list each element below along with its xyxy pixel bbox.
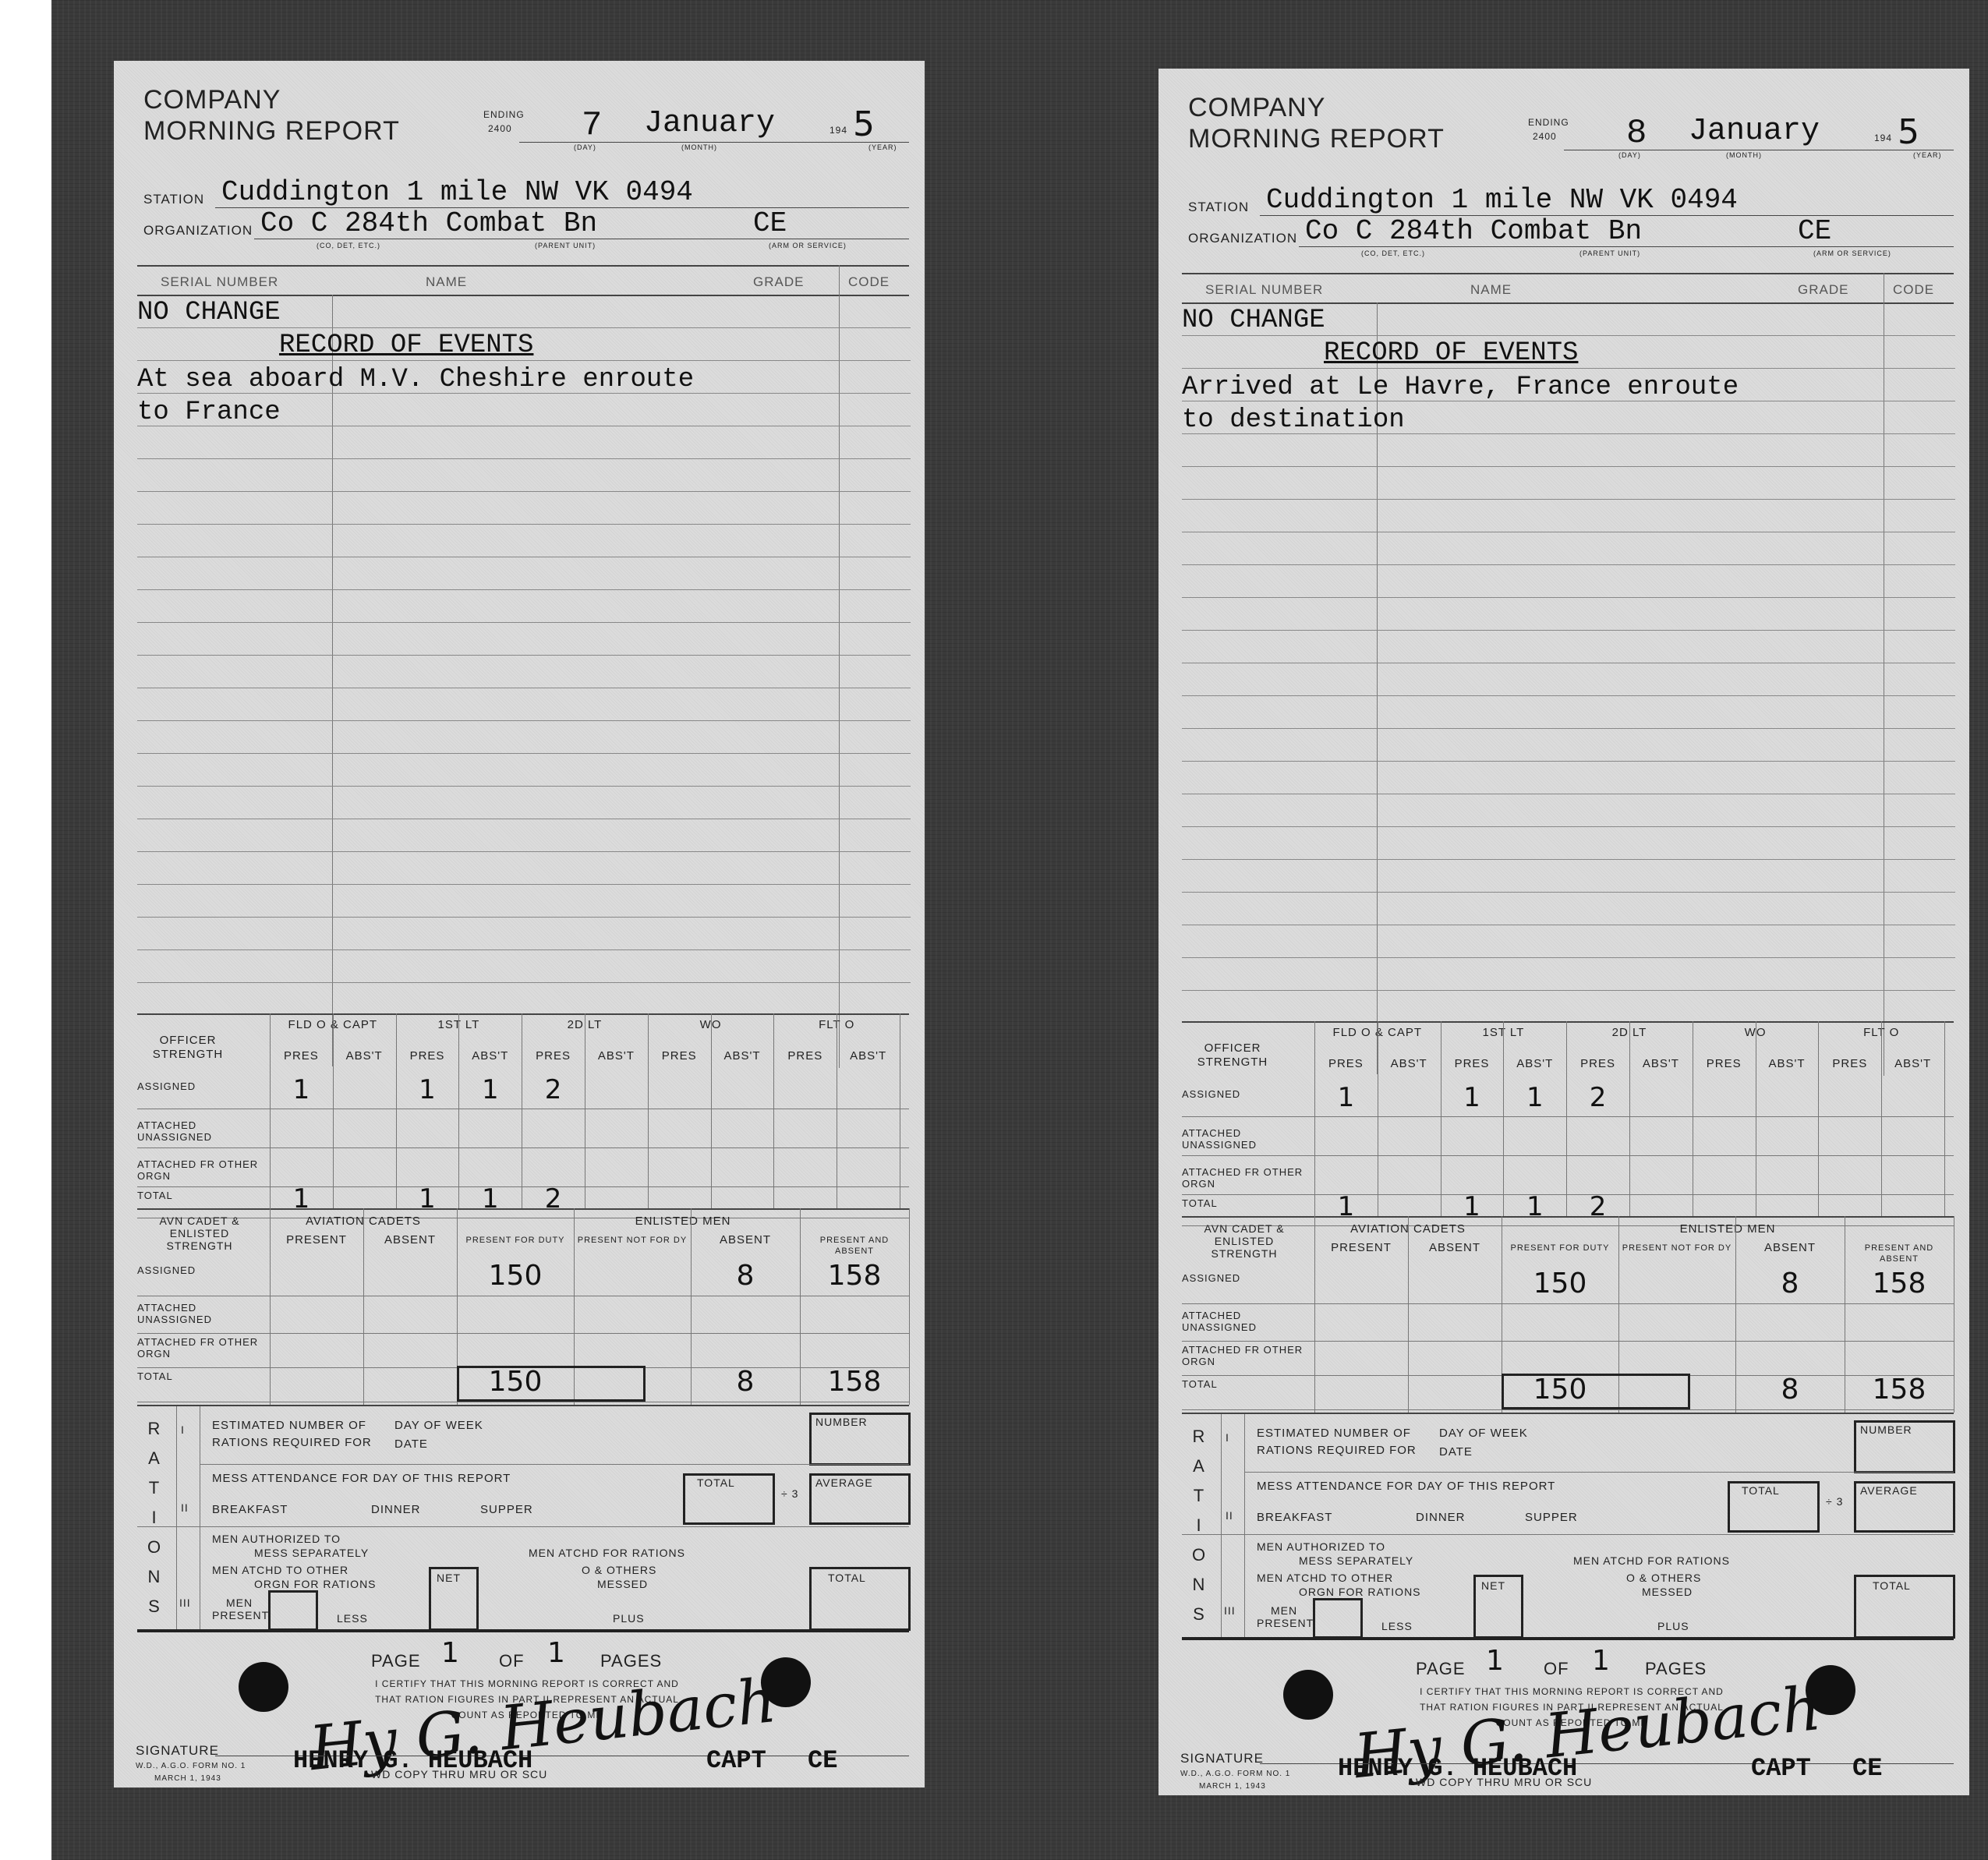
ruled-line [1182,728,1955,729]
events-line-2: to destination [1182,405,1405,435]
ruled-line [1182,564,1955,565]
col-code: CODE [1893,282,1934,298]
events-line-1: Arrived at Le Havre, France enroute [1182,373,1739,402]
signer-grade: CAPT [1751,1754,1811,1783]
page-number: 1 [1486,1645,1504,1677]
atchd-other-line1: MEN ATCHD TO OTHER [212,1564,348,1576]
enlisted-row-label: TOTAL [137,1370,262,1382]
total-pages: 1 [1592,1645,1610,1677]
present-subheader: PRES [648,1049,711,1063]
enlisted-count-cell: 8 [1735,1268,1845,1300]
organization-label: ORGANIZATION [143,223,253,239]
enlisted-row-label: ATTACHED UNASSIGNED [1182,1310,1307,1333]
divide-by-three: ÷ 3 [1826,1495,1843,1508]
ruled-line [1182,401,1955,401]
day-caption: (DAY) [574,143,596,151]
organization-value: Co C 284th Combat Bn [1305,215,1642,247]
number-label: NUMBER [815,1416,868,1428]
absent-subheader: ABS'T [1378,1057,1441,1070]
year-caption: (YEAR) [868,143,897,151]
divider [1244,1472,1954,1473]
part-iii-label: III [179,1597,191,1609]
row-divider [1182,1303,1954,1304]
year-suffix: 5 [1898,112,1919,152]
enlisted-col-header: PRESENT NOT FOR DY [574,1235,691,1246]
record-of-events-heading: RECORD OF EVENTS [279,331,533,360]
ruled-line [137,753,911,754]
signer-arm: CE [808,1746,837,1775]
report-month: January [644,106,775,141]
binder-hole-left [239,1662,288,1712]
enlisted-row-label: ATTACHED UNASSIGNED [137,1302,262,1325]
divider [1221,1414,1222,1637]
present-subheader: PRES [773,1049,837,1063]
divider [137,1208,909,1210]
officer-row-label: TOTAL [1182,1197,1307,1209]
rations-side-letter: S [145,1592,164,1621]
ruled-line [137,622,911,623]
absent-subheader: ABS'T [711,1049,774,1063]
ruled-line [1182,532,1955,532]
supper-label: SUPPER [480,1503,533,1516]
ruled-line [137,949,911,950]
men-present-box [1313,1598,1363,1639]
enlisted-count-cell: 158 [800,1260,909,1292]
events-line-2: to France [137,398,281,427]
dinner-label: DINNER [1416,1511,1466,1524]
enlisted-strength-label: AVN CADET & ENLISTED STRENGTH [137,1215,262,1252]
officer-count-cell: 1 [1503,1191,1566,1222]
col-name: NAME [1470,282,1512,298]
officer-row-label: TOTAL [137,1190,262,1201]
col-divider [1314,1216,1315,1413]
row-divider [137,1402,909,1402]
enlisted-count-cell: 150 [1502,1268,1618,1300]
ruled-line [137,458,911,459]
breakfast-label: BREAKFAST [212,1503,288,1516]
day-caption: (DAY) [1618,151,1641,159]
ending-time: 2400 [488,123,512,134]
part-i-label: I [181,1423,185,1436]
absent-subheader: ABS'T [458,1049,522,1063]
mess-total-label: TOTAL [1742,1484,1780,1497]
officer-row-label: ATTACHED UNASSIGNED [137,1119,262,1143]
rations-side-letter: I [1190,1511,1208,1540]
no-change-text: NO CHANGE [137,298,281,327]
no-change-text: NO CHANGE [1182,306,1325,335]
officer-count-cell: 1 [396,1074,459,1105]
enlisted-count-cell: 8 [691,1260,800,1292]
ruled-line [137,917,911,918]
page-label: PAGE [371,1651,421,1671]
ruled-line [137,786,911,787]
estimated-rations-line2: RATIONS REQUIRED FOR [212,1436,372,1449]
estimated-rations-line1: ESTIMATED NUMBER OF [212,1419,366,1432]
year-caption: (YEAR) [1913,151,1942,159]
atchd-other-line2: ORGN FOR RATIONS [254,1578,377,1590]
officer-row-label: ASSIGNED [1182,1088,1307,1100]
enlisted-col-header: ABSENT [691,1235,800,1246]
plus-label: PLUS [613,1612,645,1625]
ruled-line [1182,990,1955,991]
enlisted-strength-label: AVN CADET & ENLISTED STRENGTH [1182,1222,1307,1260]
breakfast-label: BREAKFAST [1257,1511,1332,1524]
divide-by-three: ÷ 3 [781,1487,798,1500]
day-of-week-label: DAY OF WEEK [394,1419,483,1432]
divider [200,1406,200,1629]
page-number: 1 [441,1637,459,1669]
ruled-line [1182,925,1955,925]
mess-attendance-label: MESS ATTENDANCE FOR DAY OF THIS REPORT [212,1472,511,1485]
org-caption-arm: (ARM OR SERVICE) [1813,249,1891,257]
col-serial-number: SERIAL NUMBER [161,274,278,290]
ruled-line [1182,826,1955,827]
part-iii-label: III [1224,1604,1236,1617]
col-grade: GRADE [753,274,804,290]
enlisted-count-cell: 158 [1845,1268,1954,1300]
others-line2: MESSED [597,1578,648,1590]
ruled-line [1182,859,1955,860]
form-title-line1: COMPANY [1188,92,1325,123]
org-caption-parent: (PARENT UNIT) [1579,249,1640,257]
col-divider [1408,1216,1409,1413]
atchd-for-rations-label: MEN ATCHD FOR RATIONS [529,1547,685,1559]
ending-label: ENDING [483,109,525,120]
station-value: Cuddington 1 mile NW VK 0494 [221,176,693,208]
ruled-line [137,851,911,852]
enlisted-col-header: ABSENT [363,1235,457,1246]
authorized-line2: MESS SEPARATELY [254,1547,369,1559]
ruled-line [1182,368,1955,369]
col-name: NAME [426,274,467,290]
enlisted-row-label: ATTACHED FR OTHER ORGN [137,1336,262,1360]
mess-total-label: TOTAL [697,1476,735,1489]
col-divider [363,1208,364,1405]
enlisted-col-header: PRESENT FOR DUTY [457,1235,574,1246]
ruled-line [137,819,911,819]
enlisted-col-header: PRESENT FOR DUTY [1502,1243,1618,1254]
less-label: LESS [337,1612,368,1625]
divider [176,1406,177,1629]
atchd-other-line2: ORGN FOR RATIONS [1299,1586,1421,1598]
enlisted-men-heading: ENLISTED MEN [1502,1222,1954,1236]
number-label: NUMBER [1860,1423,1912,1436]
rations-side-letter: A [1190,1452,1208,1481]
atchd-for-rations-label: MEN ATCHD FOR RATIONS [1573,1554,1730,1567]
col-grade: GRADE [1798,282,1848,298]
enlisted-row-label: ATTACHED FR OTHER ORGN [1182,1344,1307,1367]
enlisted-count-cell: 8 [1735,1374,1845,1406]
arm-or-service-value: CE [1798,215,1831,247]
ruled-line [1182,794,1955,794]
pages-label: PAGES [1645,1659,1707,1679]
ruled-line [137,491,911,492]
absent-subheader: ABS'T [1503,1057,1566,1070]
ruled-line [1182,335,1955,336]
present-subheader: PRES [1693,1057,1756,1070]
year-prefix: 194 [1874,133,1892,143]
present-subheader: PRES [1818,1057,1881,1070]
divider [1182,1216,1954,1218]
atchd-other-line1: MEN ATCHD TO OTHER [1257,1572,1393,1584]
org-caption-unit: (CO, DET, ETC.) [317,242,380,249]
ruled-line [137,426,911,426]
ending-label: ENDING [1528,117,1569,128]
dinner-label: DINNER [371,1503,421,1516]
officer-count-cell: 2 [1566,1082,1629,1113]
ruled-line [1182,892,1955,893]
enlisted-count-cell: 8 [691,1366,800,1398]
officer-count-cell: 1 [1441,1082,1504,1113]
rations-side-letter: O [145,1533,164,1562]
absent-subheader: ABS'T [837,1049,900,1063]
officer-count-cell: 1 [1314,1191,1378,1222]
enlisted-row-label: ASSIGNED [137,1264,262,1276]
rations-side-letter: A [145,1444,164,1473]
supper-label: SUPPER [1525,1511,1578,1524]
morning-report-form-jan-8: COMPANY MORNING REPORT ENDING 2400 8 Jan… [1158,69,1969,1795]
form-title-line2: MORNING REPORT [1188,123,1445,154]
rations-side-letter: R [145,1414,164,1444]
officer-row-label: ATTACHED UNASSIGNED [1182,1127,1307,1151]
ruled-line [1182,695,1955,696]
plus-label: PLUS [1657,1620,1689,1632]
ruled-line [137,360,911,361]
officer-count-cell: 1 [1314,1082,1378,1113]
officer-row-label: ATTACHED FR OTHER ORGN [137,1158,262,1182]
absent-subheader: ABS'T [1756,1057,1819,1070]
officer-count-cell: 2 [1566,1191,1629,1222]
estimated-rations-line2: RATIONS REQUIRED FOR [1257,1444,1417,1457]
signature-label: SIGNATURE [1180,1751,1264,1766]
divider [1182,1534,1954,1535]
total-present-box [1502,1374,1690,1409]
rations-side-letter: S [1190,1600,1208,1629]
row-divider [1182,1409,1954,1410]
officer-count-cell: 2 [522,1183,585,1215]
officer-count-cell: 1 [458,1074,522,1105]
enlisted-col-header: ABSENT [1735,1243,1845,1254]
morning-report-form-jan-7: COMPANY MORNING REPORT ENDING 2400 7 Jan… [114,61,925,1788]
signer-grade: CAPT [706,1746,766,1775]
enlisted-count-cell: 150 [457,1260,574,1292]
officer-count-cell: 2 [522,1074,585,1105]
page-label: PAGE [1416,1659,1466,1679]
station-value: Cuddington 1 mile NW VK 0494 [1266,184,1738,216]
enlisted-col-header: PRESENT AND ABSENT [1845,1243,1954,1264]
rations-total-label: TOTAL [828,1572,866,1584]
binder-hole-left [1283,1670,1333,1720]
ruled-line [1182,630,1955,631]
divider [137,1526,909,1527]
rations-side-letter: T [145,1473,164,1503]
signature-label: SIGNATURE [136,1743,219,1759]
total-pages: 1 [547,1637,565,1669]
form-title-line1: COMPANY [143,84,281,115]
organization-label: ORGANIZATION [1188,231,1297,246]
events-line-1: At sea aboard M.V. Cheshire enroute [137,365,694,394]
ruled-line [137,557,911,557]
officer-row-label: ATTACHED FR OTHER ORGN [1182,1166,1307,1190]
org-caption-unit: (CO, DET, ETC.) [1361,249,1425,257]
enlisted-col-header: ABSENT [1408,1243,1502,1254]
net-label: NET [1481,1579,1505,1592]
rations-side-letter: R [1190,1422,1208,1452]
enlisted-count-cell: 158 [1845,1374,1954,1406]
rations-side-letter: I [145,1503,164,1533]
record-of-events-heading: RECORD OF EVENTS [1324,338,1578,368]
present-subheader: PRES [1441,1057,1504,1070]
col-divider [1954,1216,1954,1413]
divider [1244,1414,1245,1637]
rations-side-letter: T [1190,1481,1208,1511]
station-label: STATION [1188,200,1249,215]
present-subheader: PRES [1314,1057,1378,1070]
rations-side-letter: N [145,1562,164,1592]
rations-side-letter: N [1190,1570,1208,1600]
day-of-week-label: DAY OF WEEK [1439,1427,1528,1440]
enlisted-col-header: PRESENT NOT FOR DY [1618,1243,1735,1254]
row-divider [137,1333,909,1334]
col-divider [909,1208,910,1405]
ruled-line [137,720,911,721]
ruled-line [1182,597,1955,598]
org-caption-parent: (PARENT UNIT) [535,242,596,249]
ruled-line [137,589,911,590]
part-ii-label: II [181,1501,189,1514]
authorized-line2: MESS SEPARATELY [1299,1554,1413,1567]
divider [200,1464,909,1465]
date-label: DATE [394,1437,428,1451]
average-label: AVERAGE [1860,1484,1918,1497]
others-line2: MESSED [1642,1586,1693,1598]
month-caption: (MONTH) [1726,151,1762,159]
men-present-box [268,1590,318,1631]
station-label: STATION [143,192,204,207]
men-present-label: MEN PRESENT [212,1597,267,1621]
report-day: 8 [1626,114,1647,153]
absent-subheader: ABS'T [585,1049,648,1063]
ruled-line [1182,663,1955,663]
form-title-line2: MORNING REPORT [143,115,400,147]
mess-attendance-label: MESS ATTENDANCE FOR DAY OF THIS REPORT [1257,1480,1555,1493]
officer-strength-label: OFFICER STRENGTH [1190,1041,1275,1070]
ruled-line [137,327,911,328]
arm-or-service-value: CE [753,207,787,239]
authorized-line1: MEN AUTHORIZED TO [212,1533,341,1545]
of-label: OF [1544,1659,1569,1679]
year-prefix: 194 [830,125,847,136]
row-divider [137,1296,909,1296]
officer-row-label: ASSIGNED [137,1080,262,1092]
col-serial-number: SERIAL NUMBER [1205,282,1323,298]
officer-count-cell: 1 [458,1183,522,1215]
officer-count-cell: 1 [270,1183,333,1215]
ruled-line [137,688,911,688]
estimated-rations-line1: ESTIMATED NUMBER OF [1257,1427,1411,1440]
row-divider [1182,1341,1954,1342]
organization-value: Co C 284th Combat Bn [260,207,597,239]
men-present-label: MEN PRESENT [1257,1604,1311,1629]
present-subheader: PRES [396,1049,459,1063]
officer-count-cell: 1 [270,1074,333,1105]
copy-note: WD COPY THRU MRU OR SCU [1416,1776,1592,1788]
report-day: 7 [582,106,602,145]
officer-count-cell: 1 [1441,1191,1504,1222]
part-i-label: I [1226,1431,1229,1444]
ruled-line [1182,499,1955,500]
ruled-line [137,884,911,885]
month-caption: (MONTH) [681,143,717,151]
form-number: W.D., A.G.O. FORM NO. 1 [1180,1770,1290,1778]
authorized-line1: MEN AUTHORIZED TO [1257,1540,1385,1553]
officer-strength-label: OFFICER STRENGTH [145,1034,231,1062]
ruled-line [1182,761,1955,762]
absent-subheader: ABS'T [333,1049,396,1063]
org-caption-arm: (ARM OR SERVICE) [769,242,847,249]
signer-arm: CE [1852,1754,1882,1783]
of-label: OF [499,1651,525,1671]
present-subheader: PRES [1566,1057,1629,1070]
ruled-line [137,982,911,983]
part-ii-label: II [1226,1509,1233,1522]
others-line1: O & OTHERS [582,1564,656,1576]
enlisted-row-label: ASSIGNED [1182,1272,1307,1284]
ruled-line [1182,957,1955,958]
form-date: MARCH 1, 1943 [1199,1782,1266,1791]
report-month: January [1689,114,1820,149]
present-subheader: PRES [522,1049,585,1063]
col-divider [270,1208,271,1405]
enlisted-men-heading: ENLISTED MEN [457,1215,909,1228]
officer-count-cell: 1 [396,1183,459,1215]
average-label: AVERAGE [815,1476,873,1489]
col-code: CODE [848,274,890,290]
others-line1: O & OTHERS [1626,1572,1701,1584]
rations-side-letter: O [1190,1540,1208,1570]
year-suffix: 5 [853,104,875,144]
absent-subheader: ABS'T [1881,1057,1944,1070]
enlisted-count-cell: 158 [800,1366,909,1398]
enlisted-col-header: PRESENT [270,1235,363,1246]
officer-count-cell: 1 [1503,1082,1566,1113]
date-label: DATE [1439,1445,1473,1459]
rations-total-label: TOTAL [1873,1579,1911,1592]
ending-time: 2400 [1533,131,1557,142]
enlisted-col-header: PRESENT AND ABSENT [800,1235,909,1257]
form-number: W.D., A.G.O. FORM NO. 1 [136,1762,246,1770]
less-label: LESS [1381,1620,1413,1632]
pages-label: PAGES [600,1651,662,1671]
present-subheader: PRES [270,1049,333,1063]
copy-note: WD COPY THRU MRU OR SCU [371,1768,547,1780]
absent-subheader: ABS'T [1629,1057,1693,1070]
net-label: NET [437,1572,461,1584]
ruled-line [1182,433,1955,434]
form-date: MARCH 1, 1943 [154,1774,221,1783]
ruled-line [137,655,911,656]
enlisted-col-header: PRESENT [1314,1243,1408,1254]
ruled-line [1182,466,1955,467]
total-present-box [457,1366,646,1402]
enlisted-row-label: TOTAL [1182,1378,1307,1390]
ruled-line [137,393,911,394]
ruled-line [137,524,911,525]
